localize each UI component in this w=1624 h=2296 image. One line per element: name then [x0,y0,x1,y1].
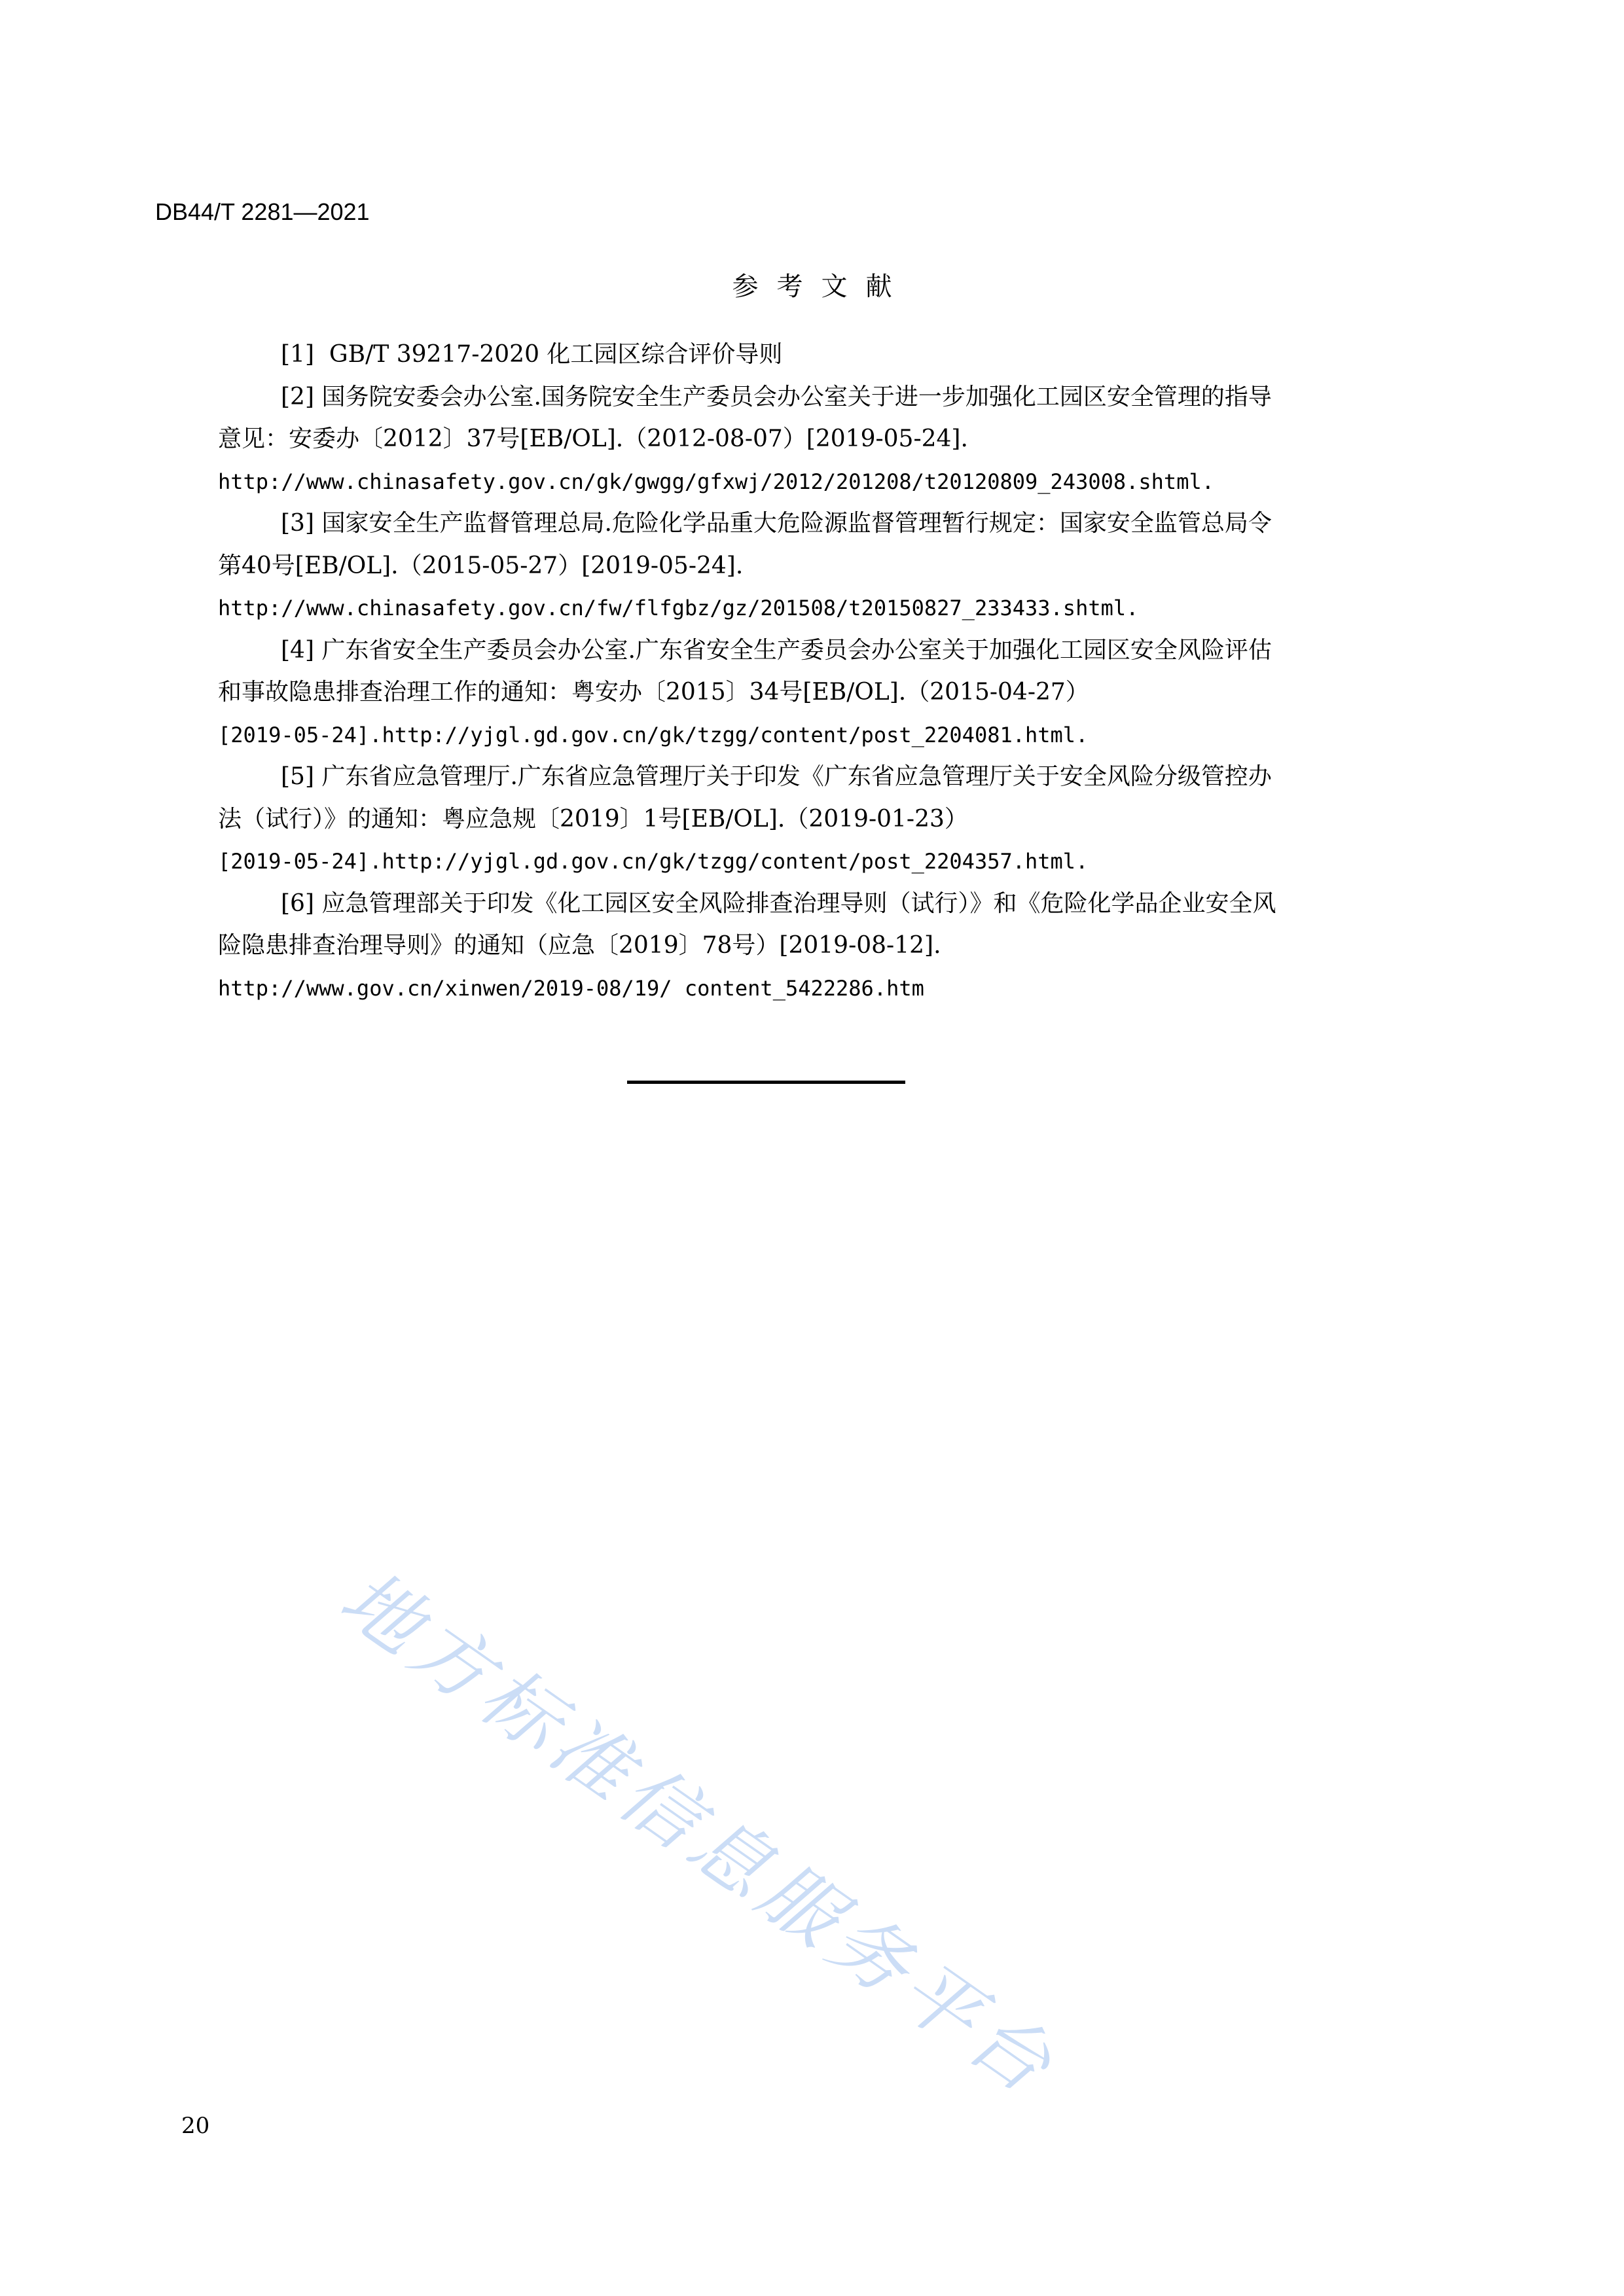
reference-number: [4] [281,637,314,664]
reference-line: [1] GB/T 39217-2020 化工园区综合评价导则 [155,334,1429,376]
standard-code-header: DB44/T 2281—2021 [155,196,370,228]
reference-list: [1] GB/T 39217-2020 化工园区综合评价导则 [2] 国务院安委… [155,334,1429,1009]
reference-line: 第40号[EB/OL].（2015-05-27）[2019-05-24]. [155,545,1429,588]
reference-number: [6] [281,890,314,917]
reference-number: [1] [281,341,314,368]
reference-url[interactable]: [2019-05-24].http://yjgl.gd.gov.cn/gk/tz… [155,840,1429,883]
reference-item-1: [1] GB/T 39217-2020 化工园区综合评价导则 [155,334,1429,376]
reference-line: 意见：安委办〔2012〕37号[EB/OL].（2012-08-07）[2019… [155,418,1429,461]
watermark-text: 地方标准信息服务平台 [322,1538,1083,2117]
reference-number: [2] [281,384,314,410]
reference-line: [4] 广东省安全生产委员会办公室.广东省安全生产委员会办公室关于加强化工园区安… [155,630,1429,672]
reference-item-4: [4] 广东省安全生产委员会办公室.广东省安全生产委员会办公室关于加强化工园区安… [155,630,1429,757]
reference-line: 和事故隐患排查治理工作的通知：粤安办〔2015〕34号[EB/OL].（2015… [155,672,1429,714]
reference-item-2: [2] 国务院安委会办公室.国务院安全生产委员会办公室关于进一步加强化工园区安全… [155,376,1429,503]
page-number: 20 [181,2113,209,2139]
reference-item-3: [3] 国家安全生产监督管理总局.危险化学品重大危险源监督管理暂行规定：国家安全… [155,503,1429,630]
reference-url[interactable]: http://www.chinasafety.gov.cn/fw/flfgbz/… [155,587,1429,630]
reference-line: [6] 应急管理部关于印发《化工园区安全风险排查治理导则（试行）》和《危险化学品… [155,883,1429,925]
reference-url[interactable]: http://www.chinasafety.gov.cn/gk/gwgg/gf… [155,461,1429,503]
reference-line: 险隐患排查治理导则》的通知（应急〔2019〕78号）[2019-08-12]. [155,925,1429,967]
section-title-references: 参考文献 [0,268,1624,305]
end-of-document-rule [627,1081,905,1084]
reference-line: [3] 国家安全生产监督管理总局.危险化学品重大危险源监督管理暂行规定：国家安全… [155,503,1429,545]
reference-url[interactable]: [2019-05-24].http://yjgl.gd.gov.cn/gk/tz… [155,714,1429,757]
reference-url[interactable]: http://www.gov.cn/xinwen/2019-08/19/ con… [155,967,1429,1010]
reference-line: [5] 广东省应急管理厅.广东省应急管理厅关于印发《广东省应急管理厅关于安全风险… [155,756,1429,798]
reference-number: [3] [281,510,314,537]
reference-item-6: [6] 应急管理部关于印发《化工园区安全风险排查治理导则（试行）》和《危险化学品… [155,883,1429,1010]
reference-number: [5] [281,763,314,790]
reference-line: 法（试行）》的通知：粤应急规〔2019〕1号[EB/OL].（2019-01-2… [155,798,1429,841]
reference-line: [2] 国务院安委会办公室.国务院安全生产委员会办公室关于进一步加强化工园区安全… [155,376,1429,419]
reference-item-5: [5] 广东省应急管理厅.广东省应急管理厅关于印发《广东省应急管理厅关于安全风险… [155,756,1429,883]
